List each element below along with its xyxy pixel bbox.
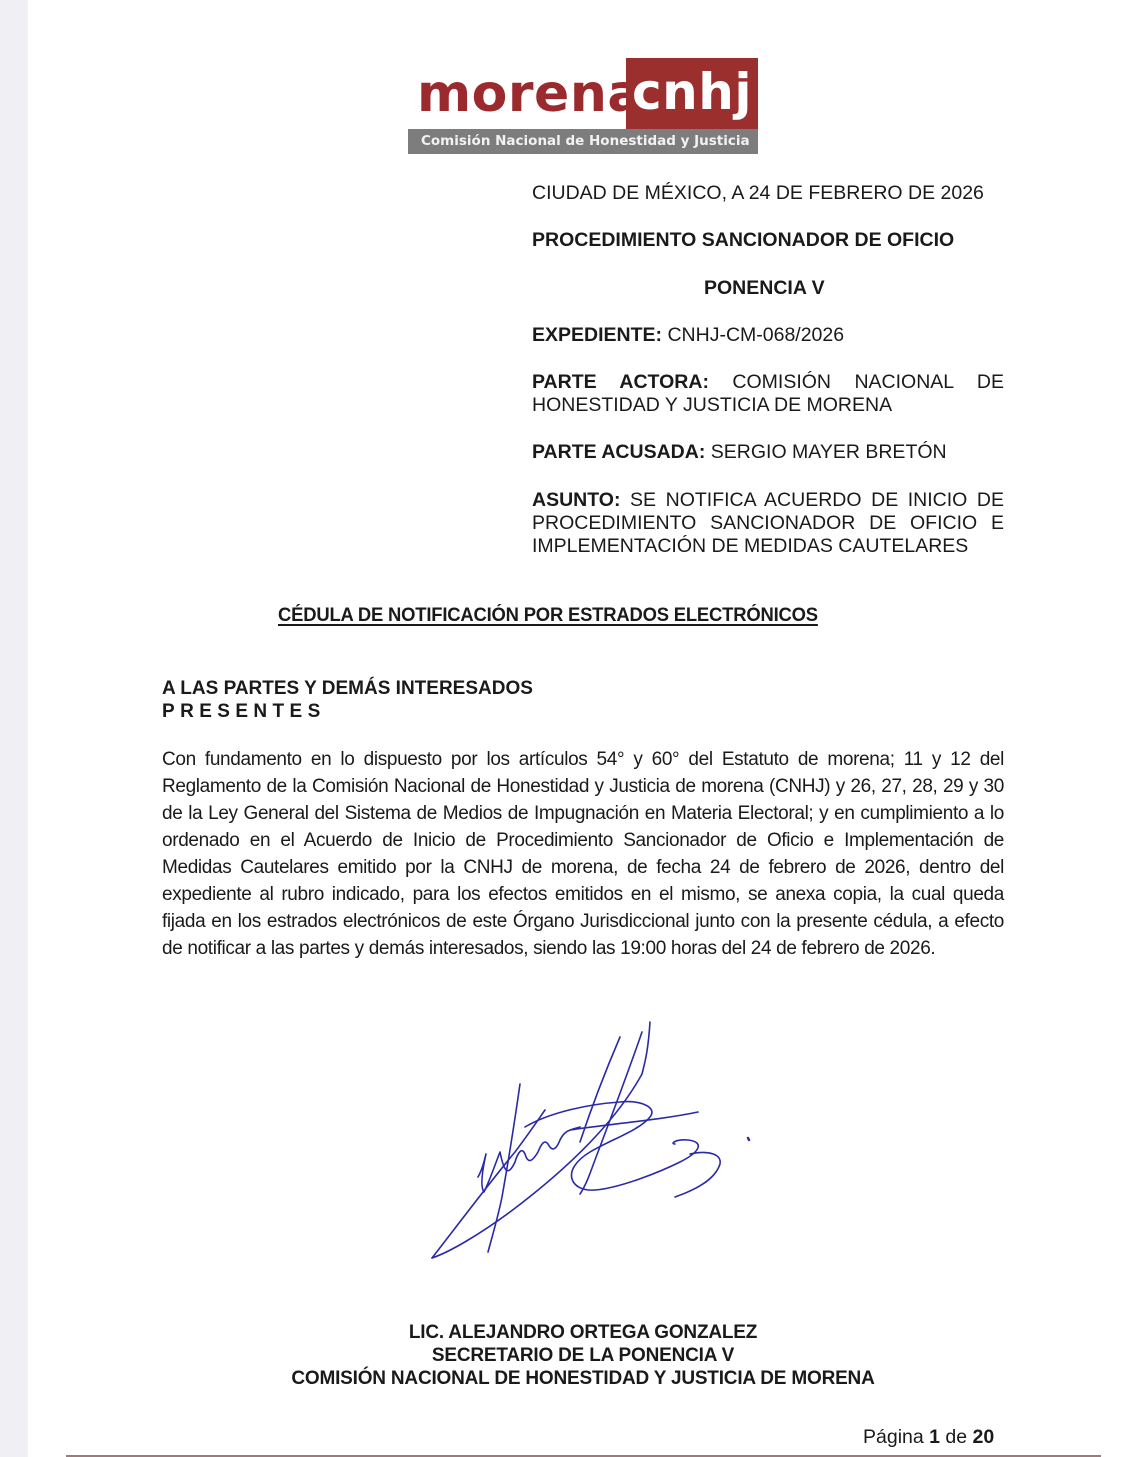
place-date: CIUDAD DE MÉXICO, A 24 DE FEBRERO DE 202… — [532, 182, 1004, 205]
signer-name: LIC. ALEJANDRO ORTEGA GONZALEZ — [162, 1321, 1004, 1344]
asunto-label: ASUNTO: — [532, 489, 620, 511]
signer-organization: COMISIÓN NACIONAL DE HONESTIDAD Y JUSTIC… — [162, 1367, 1004, 1390]
parte-acusada: PARTE ACUSADA: SERGIO MAYER BRETÓN — [532, 441, 1004, 464]
parte-actora-label: PARTE ACTORA: — [532, 371, 709, 393]
parte-acusada-value: SERGIO MAYER BRETÓN — [705, 441, 946, 463]
ponencia: PONENCIA V — [704, 277, 825, 300]
parte-actora-line1: PARTE ACTORA: COMISIÓN NACIONAL DE — [532, 371, 1004, 394]
parte-actora-line2: HONESTIDAD Y JUSTICIA DE MORENA — [532, 394, 1004, 417]
logo-brand-text: morena — [417, 66, 643, 122]
page-separator: de — [940, 1426, 973, 1448]
parte-acusada-label: PARTE ACUSADA: — [532, 441, 705, 463]
parte-actora: PARTE ACTORA: COMISIÓN NACIONAL DE HONES… — [532, 371, 1004, 417]
logo-acronym-box: cnhj — [626, 58, 758, 129]
expediente-value: CNHJ-CM-068/2026 — [662, 324, 844, 346]
page-number: Página 1 de 20 — [863, 1425, 994, 1449]
viewer-side-strip — [0, 0, 28, 1457]
page-current: 1 — [929, 1426, 940, 1448]
asunto-line1: ASUNTO: SE NOTIFICA ACUERDO DE INICIO DE — [532, 489, 1004, 512]
asunto-line3: IMPLEMENTACIÓN DE MEDIDAS CAUTELARES — [532, 535, 1004, 558]
asunto-line2: PROCEDIMIENTO SANCIONADOR DE OFICIO E — [532, 512, 1004, 535]
document-title: CÉDULA DE NOTIFICACIÓN POR ESTRADOS ELEC… — [278, 605, 818, 627]
signer-block: LIC. ALEJANDRO ORTEGA GONZALEZ SECRETARI… — [162, 1321, 1004, 1390]
page-prefix: Página — [863, 1426, 929, 1448]
asunto: ASUNTO: SE NOTIFICA ACUERDO DE INICIO DE… — [532, 489, 1004, 558]
morena-cnhj-logo: morena cnhj Comisión Nacional de Honesti… — [408, 58, 758, 154]
handwritten-signature-icon — [420, 1012, 760, 1267]
logo-subtitle: Comisión Nacional de Honestidad y Justic… — [421, 133, 750, 150]
procedure-type: PROCEDIMIENTO SANCIONADOR DE OFICIO — [532, 229, 1004, 252]
expediente: EXPEDIENTE: CNHJ-CM-068/2026 — [532, 324, 1004, 347]
addressee: A LAS PARTES Y DEMÁS INTERESADOS PRESENT… — [162, 677, 533, 723]
notification-body: Con fundamento en lo dispuesto por los a… — [162, 746, 1004, 962]
addressee-line1: A LAS PARTES Y DEMÁS INTERESADOS — [162, 677, 533, 700]
asunto-value-1: SE NOTIFICA ACUERDO DE INICIO DE — [620, 489, 1004, 511]
logo-subtitle-bar: Comisión Nacional de Honestidad y Justic… — [408, 129, 758, 154]
addressee-presentes: PRESENTES — [162, 700, 533, 723]
parte-actora-value-1: COMISIÓN NACIONAL DE — [709, 371, 1004, 393]
logo-acronym-text: cnhj — [632, 64, 752, 120]
expediente-label: EXPEDIENTE: — [532, 324, 662, 346]
page-total: 20 — [973, 1426, 995, 1448]
signer-position: SECRETARIO DE LA PONENCIA V — [162, 1344, 1004, 1367]
